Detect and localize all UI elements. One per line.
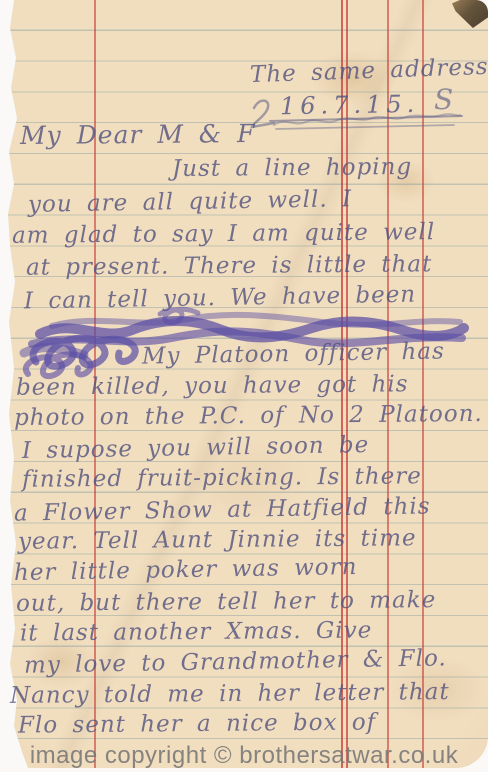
salutation-line: My Dear M & F: [20, 121, 256, 148]
letter-line: been killed, you have got his: [16, 373, 409, 399]
watermark-text: image copyright © brothersatwar.co.uk: [0, 742, 488, 770]
letter-line: photo on the P.C. of No 2 Platoon.: [14, 403, 483, 430]
letter-line: her little poker was worn: [14, 556, 358, 585]
letter-line: Flo sent her a nice box of: [18, 711, 376, 737]
letter-line: My Platoon officer has: [142, 340, 445, 368]
letter-line: you are all quite well. I: [28, 188, 352, 217]
letter-line: year. Tell Aunt Jinnie its time: [18, 527, 417, 553]
letter-line: at present. There is little that: [26, 253, 433, 280]
crossed-out-scribble: [240, 96, 475, 140]
letter-line: Just a line hoping: [172, 156, 412, 181]
letter-line: am glad to say I am quite well: [12, 221, 435, 248]
letter-line: Nancy told me in her letter that: [10, 681, 450, 708]
letter-scan-frame: The same address 16.7.15. S My Dear M & …: [0, 0, 488, 772]
letter-line: finished fruit-picking. Is there: [22, 465, 422, 491]
letter-line: it last another Xmas. Give: [20, 619, 373, 645]
letter-line: I supose you will soon be: [22, 434, 370, 463]
letter-line: out, but there tell her to make: [16, 589, 436, 616]
